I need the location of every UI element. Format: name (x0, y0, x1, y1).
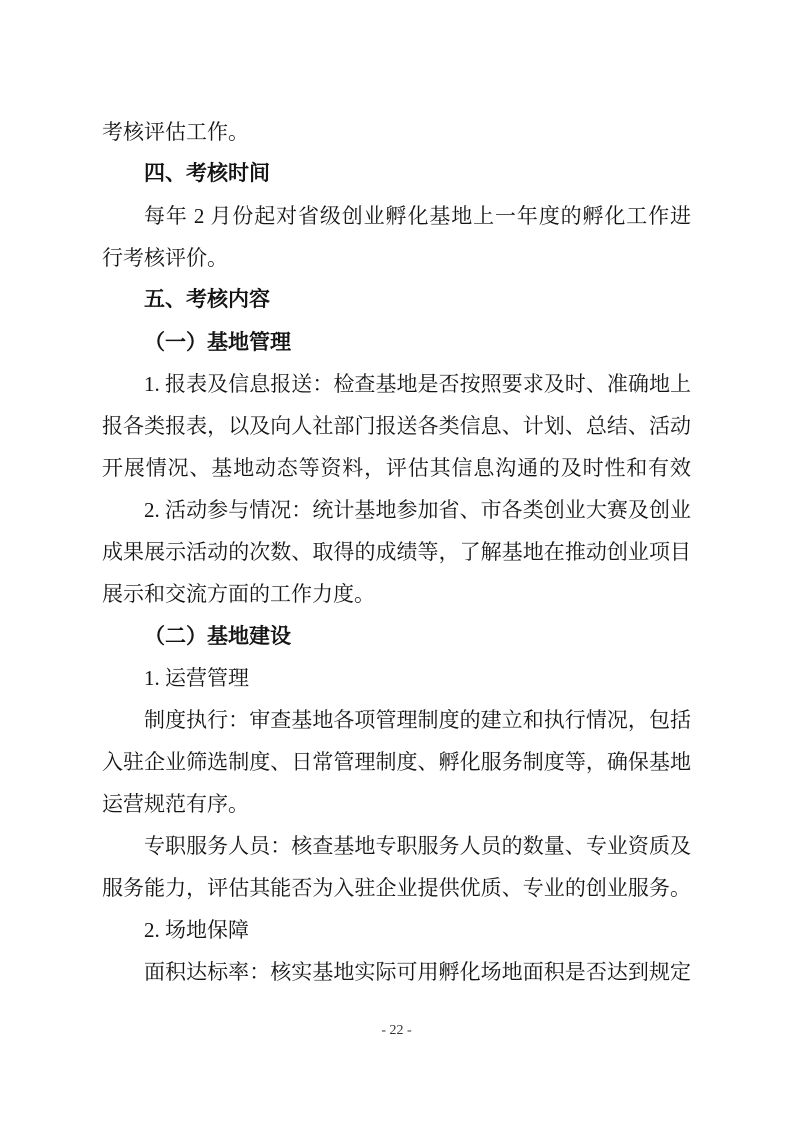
text-line: 运营规范有序。 (102, 783, 691, 825)
text-line: 2. 场地保障 (102, 909, 691, 951)
text-line: 服务能力，评估其能否为入驻企业提供优质、专业的创业服务。 (102, 867, 691, 909)
text-line: 1. 运营管理 (102, 657, 691, 699)
text-line: 专职服务人员：核查基地专职服务人员的数量、专业资质及 (102, 825, 691, 867)
text-line: 1. 报表及信息报送：检查基地是否按照要求及时、准确地上 (102, 363, 691, 405)
document-body: 考核评估工作。四、考核时间每年 2 月份起对省级创业孵化基地上一年度的孵化工作进… (102, 111, 691, 993)
section-heading: 四、考核时间 (102, 153, 691, 195)
text-line: 每年 2 月份起对省级创业孵化基地上一年度的孵化工作进 (102, 195, 691, 237)
text-line: 行考核评价。 (102, 237, 691, 279)
section-heading: （二）基地建设 (102, 615, 691, 657)
text-line: 面积达标率：核实基地实际可用孵化场地面积是否达到规定 (102, 951, 691, 993)
text-line: 开展情况、基地动态等资料，评估其信息沟通的及时性和有效性。 (102, 447, 691, 489)
text-line: 考核评估工作。 (102, 111, 691, 153)
document-page: 考核评估工作。四、考核时间每年 2 月份起对省级创业孵化基地上一年度的孵化工作进… (0, 0, 793, 1122)
text-line: 2. 活动参与情况：统计基地参加省、市各类创业大赛及创业 (102, 489, 691, 531)
text-line: 报各类报表，以及向人社部门报送各类信息、计划、总结、活动 (102, 405, 691, 447)
text-line: 制度执行：审查基地各项管理制度的建立和执行情况，包括 (102, 699, 691, 741)
text-line: 展示和交流方面的工作力度。 (102, 573, 691, 615)
section-heading: 五、考核内容 (102, 279, 691, 321)
section-heading: （一）基地管理 (102, 321, 691, 363)
page-number: - 22 - (0, 1022, 793, 1040)
text-line: 入驻企业筛选制度、日常管理制度、孵化服务制度等，确保基地 (102, 741, 691, 783)
text-line: 成果展示活动的次数、取得的成绩等，了解基地在推动创业项目 (102, 531, 691, 573)
